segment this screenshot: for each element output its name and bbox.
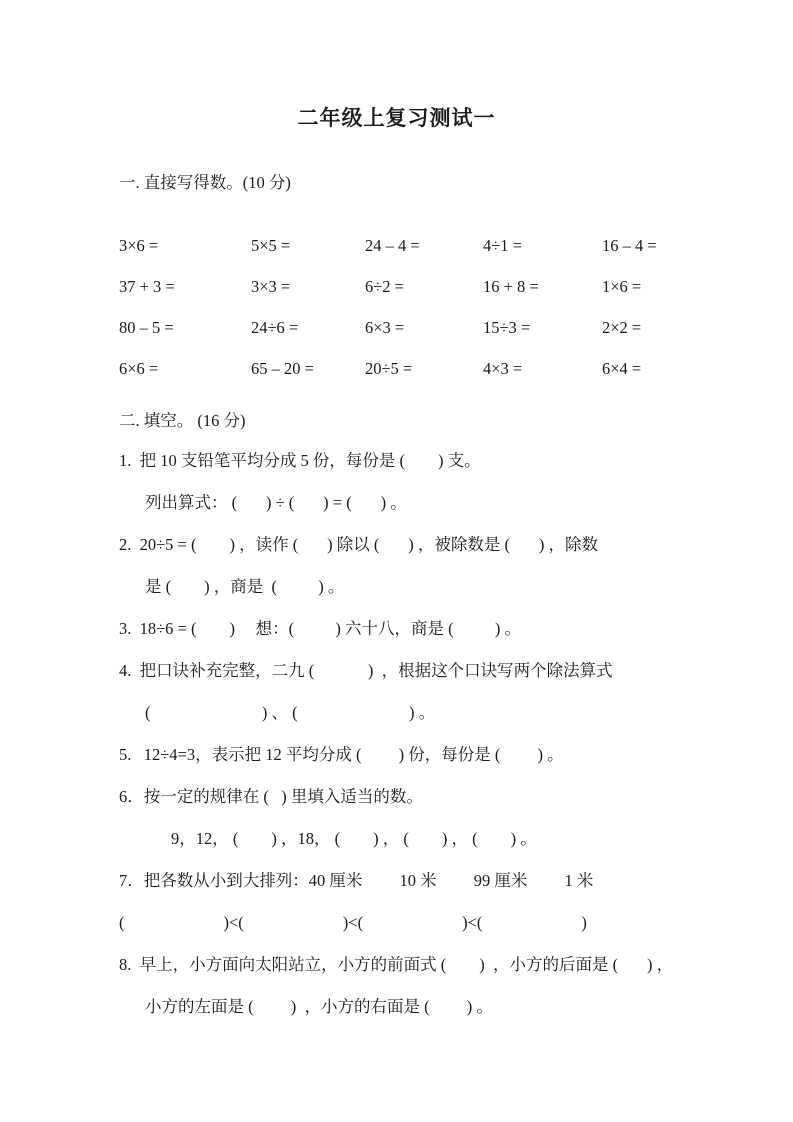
arithmetic-problem: 6×3 = <box>365 307 404 348</box>
arithmetic-problem: 65 – 20 = <box>251 348 314 389</box>
arithmetic-problem: 1×6 = <box>602 266 641 307</box>
fill-blank-section: 1. 把 10 支铅笔平均分成 5 份，每份是 ( ) 支。列出算式： ( ) … <box>119 440 739 1028</box>
fill-blank-line: ( ) 、 ( ) 。 <box>119 692 739 734</box>
fill-blank-line: 3. 18÷6 = ( ) 想：( ) 六十八，商是 ( ) 。 <box>119 608 739 650</box>
arithmetic-problem: 15÷3 = <box>483 307 530 348</box>
fill-blank-line: 7．把各数从小到大排列：40 厘米 10 米 99 厘米 1 米 <box>119 860 739 902</box>
arithmetic-row: 80 – 5 =24÷6 =6×3 =15÷3 =2×2 = <box>119 307 699 348</box>
fill-blank-line: 1. 把 10 支铅笔平均分成 5 份，每份是 ( ) 支。 <box>119 440 739 482</box>
fill-blank-line: 小方的左面是 ( ) ，小方的右面是 ( ) 。 <box>119 986 739 1028</box>
arithmetic-problem: 16 + 8 = <box>483 266 539 307</box>
arithmetic-problem: 16 – 4 = <box>602 225 657 266</box>
fill-blank-line: 列出算式： ( ) ÷ ( ) = ( ) 。 <box>119 482 739 524</box>
arithmetic-grid: 3×6 =5×5 =24 – 4 =4÷1 =16 – 4 =37 + 3 =3… <box>119 225 699 389</box>
arithmetic-problem: 24÷6 = <box>251 307 298 348</box>
fill-blank-line: 8. 早上，小方面向太阳站立，小方的前面式 ( ) ，小方的后面是 ( ) ， <box>119 944 739 986</box>
section1-heading: 一. 直接写得数。(10 分) <box>119 169 291 193</box>
arithmetic-problem: 3×6 = <box>119 225 158 266</box>
arithmetic-problem: 20÷5 = <box>365 348 412 389</box>
fill-blank-line: 6．按一定的规律在 ( ) 里填入适当的数。 <box>119 776 739 818</box>
fill-blank-line: ( )<( )<( )<( ) <box>119 902 739 944</box>
arithmetic-row: 3×6 =5×5 =24 – 4 =4÷1 =16 – 4 = <box>119 225 699 266</box>
page-title: 二年级上复习测试一 <box>0 102 793 132</box>
fill-blank-line: 2. 20÷5 = ( ) ，读作 ( ) 除以 ( ) ，被除数是 ( ) ，… <box>119 524 739 566</box>
arithmetic-row: 6×6 =65 – 20 =20÷5 =4×3 =6×4 = <box>119 348 699 389</box>
arithmetic-problem: 37 + 3 = <box>119 266 175 307</box>
arithmetic-problem: 80 – 5 = <box>119 307 174 348</box>
worksheet-page: 二年级上复习测试一 一. 直接写得数。(10 分) 3×6 =5×5 =24 –… <box>0 0 793 1122</box>
fill-blank-line: 是 ( ) ，商是 ( ) 。 <box>119 566 739 608</box>
arithmetic-problem: 2×2 = <box>602 307 641 348</box>
arithmetic-problem: 4×3 = <box>483 348 522 389</box>
arithmetic-problem: 24 – 4 = <box>365 225 420 266</box>
arithmetic-problem: 6÷2 = <box>365 266 404 307</box>
arithmetic-problem: 6×6 = <box>119 348 158 389</box>
fill-blank-line: 5. 12÷4=3，表示把 12 平均分成 ( ) 份，每份是 ( ) 。 <box>119 734 739 776</box>
arithmetic-row: 37 + 3 =3×3 =6÷2 =16 + 8 =1×6 = <box>119 266 699 307</box>
arithmetic-problem: 6×4 = <box>602 348 641 389</box>
fill-blank-line: 4. 把口诀补充完整，二九 ( ) ，根据这个口诀写两个除法算式 <box>119 650 739 692</box>
arithmetic-problem: 5×5 = <box>251 225 290 266</box>
arithmetic-problem: 4÷1 = <box>483 225 522 266</box>
arithmetic-problem: 3×3 = <box>251 266 290 307</box>
section2-heading: 二. 填空。 (16 分) <box>119 407 246 431</box>
fill-blank-line: 9，12， ( ) ，18， ( ) ， ( ) ， ( ) 。 <box>119 818 739 860</box>
